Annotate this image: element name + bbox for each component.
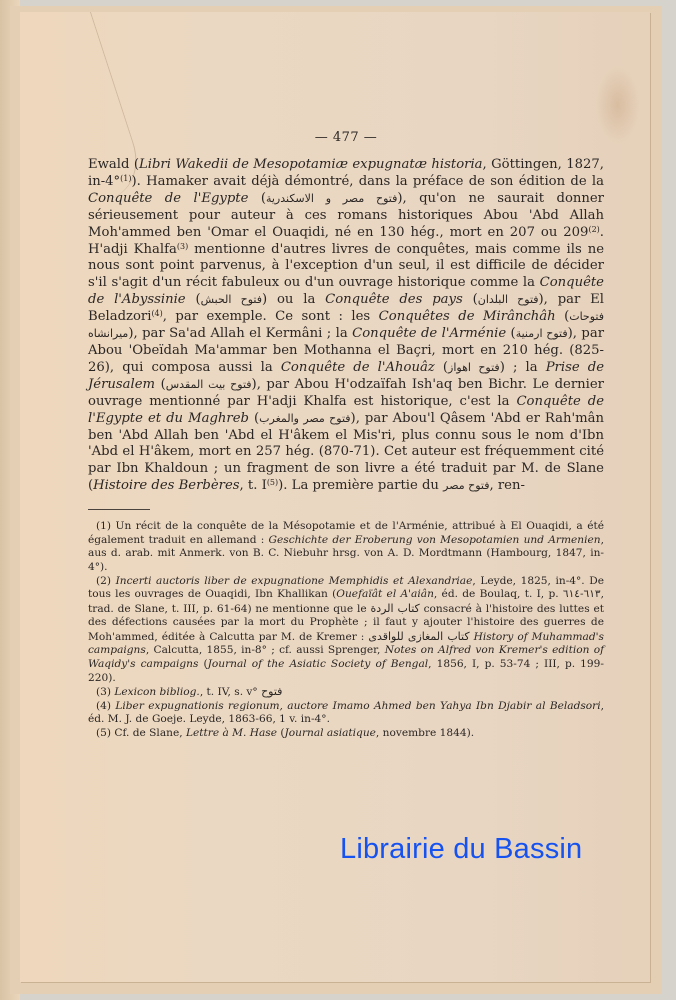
footnote: (2) Incerti auctoris liber de expugnatio… (88, 575, 604, 686)
footnote: (3) Lexicon bibliog., t. IV, s. v° فتوح (88, 685, 604, 700)
page-number: — 477 — (88, 130, 604, 145)
footnote: (5) Cf. de Slane, Lettre à M. Hase (Jour… (88, 727, 604, 741)
paragraph: Ewald (Libri Wakedii de Mesopotamiæ expu… (88, 157, 604, 495)
footnote: (1) Un récit de la conquête de la Mésopo… (88, 520, 604, 574)
main-paragraph: Ewald (Libri Wakedii de Mesopotamiæ expu… (88, 157, 604, 495)
footnote-separator (88, 509, 150, 510)
page-text-block: — 477 — Ewald (Libri Wakedii de Mesopota… (88, 130, 604, 741)
footnotes: (1) Un récit de la conquête de la Mésopo… (88, 520, 604, 741)
bookseller-watermark: Librairie du Bassin (340, 833, 582, 866)
footnote: (4) Liber expugnationis regionum, auctor… (88, 700, 604, 727)
